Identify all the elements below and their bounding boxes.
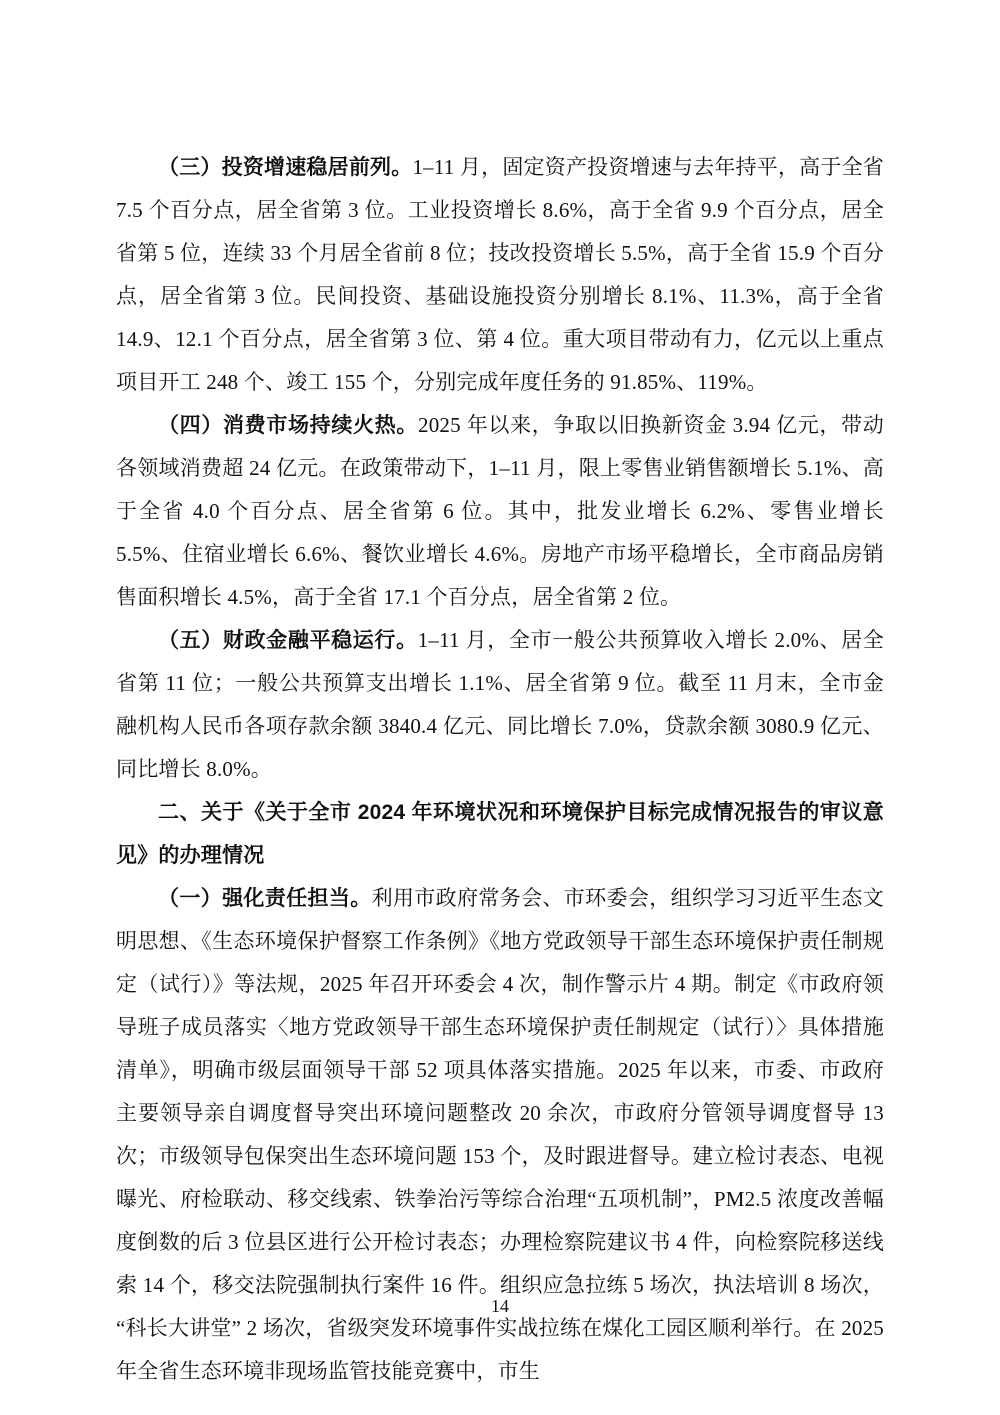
page-footer: 14: [0, 1284, 1000, 1327]
page-number: 14: [491, 1296, 509, 1316]
paragraph-responsibility-lead: （一）强化责任担当。: [158, 886, 372, 910]
paragraph-investment: （三）投资增速稳居前列。1–11 月，固定资产投资增速与去年持平，高于全省 7.…: [116, 146, 884, 404]
paragraph-investment-text: 1–11 月，固定资产投资增速与去年持平，高于全省 7.5 个百分点，居全省第 …: [116, 155, 884, 394]
paragraph-consumption-lead: （四）消费市场持续火热。: [158, 413, 418, 437]
paragraph-consumption: （四）消费市场持续火热。2025 年以来，争取以旧换新资金 3.94 亿元，带动…: [116, 404, 884, 619]
section-heading-environment-report: 二、关于《关于全市 2024 年环境状况和环境保护目标完成情况报告的审议意见》的…: [116, 791, 884, 877]
paragraph-consumption-text: 2025 年以来，争取以旧换新资金 3.94 亿元，带动各领域消费超 24 亿元…: [116, 413, 884, 609]
document-page: （三）投资增速稳居前列。1–11 月，固定资产投资增速与去年持平，高于全省 7.…: [0, 0, 1000, 1415]
paragraph-finance-lead: （五）财政金融平稳运行。: [158, 628, 418, 652]
paragraph-finance: （五）财政金融平稳运行。1–11 月，全市一般公共预算收入增长 2.0%、居全省…: [116, 619, 884, 791]
paragraph-investment-lead: （三）投资增速稳居前列。: [158, 155, 412, 179]
